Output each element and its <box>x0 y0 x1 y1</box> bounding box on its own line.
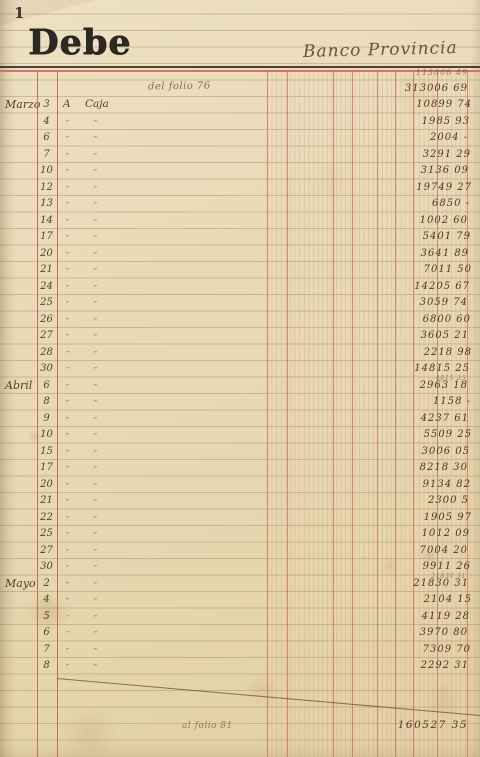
day-number: 8 <box>37 393 56 410</box>
amount-value: 1985 93 <box>422 113 470 130</box>
month-label: Mayo <box>5 575 36 592</box>
day-number: 15 <box>37 443 56 460</box>
day-number: 8 <box>37 657 56 674</box>
entry-row: 17″″8218 30 <box>0 459 480 476</box>
amount-value: 2292 31 <box>421 657 469 674</box>
day-number: 5 <box>37 608 56 625</box>
entry-row: 21″″7011 50 <box>0 261 480 278</box>
entry-row: 7″″7309 70 <box>0 641 480 658</box>
day-number: 7 <box>37 641 56 658</box>
entry-row: 26″″6800 60 <box>0 311 480 328</box>
entry-row: 12″″19749 27 <box>0 179 480 196</box>
entry-row: 8″″2292 31 <box>0 657 480 674</box>
day-number: 14 <box>37 212 56 229</box>
entry-row: 28″″2218 98 <box>0 344 480 361</box>
entry-row: 20″″9134 82 <box>0 476 480 493</box>
amount-value: 3291 29 <box>423 146 471 163</box>
amount-value: 4237 61 <box>421 410 469 427</box>
amount-value: 2004 - <box>430 129 468 146</box>
entry-row: Mayo2″″21830 31 <box>0 575 480 592</box>
entry-row: 25″″3059 74 <box>0 294 480 311</box>
entry-row: 7″″3291 29 <box>0 146 480 163</box>
entry-row: 17″″5401 79 <box>0 228 480 245</box>
amount-value: 3605 21 <box>421 327 469 344</box>
total-amount: 160527 35 <box>398 719 468 731</box>
amount-value: 10899 74 <box>416 96 472 113</box>
day-number: 3 <box>37 96 56 113</box>
day-number: 17 <box>37 459 56 476</box>
day-number: 25 <box>37 294 56 311</box>
day-number: 26 <box>37 311 56 328</box>
entry-row: 9″″4237 61 <box>0 410 480 427</box>
entry-row: 20″″3641 89 <box>0 245 480 262</box>
entry-row: Abril6″″2963 18 <box>0 377 480 394</box>
opening-balance-row: 313006 69 <box>0 80 480 97</box>
void-diagonal-line <box>57 678 480 716</box>
day-number: 30 <box>37 360 56 377</box>
ledger-page: 1 Debe Banco Provincia 113006 49 313006 … <box>0 0 480 757</box>
entry-row: 30″″9911 2621830 31 <box>0 558 480 575</box>
amount-value: 2104 15 <box>424 591 472 608</box>
entry-row: 4″″1985 93 <box>0 113 480 130</box>
month-label: Marzo <box>5 96 41 113</box>
folio-note-bottom: al folio 81 <box>182 721 233 731</box>
amount-value: 1158 - <box>433 393 471 410</box>
entry-row: 15″″3006 05 <box>0 443 480 460</box>
amount-value: 113006 49 <box>416 64 468 81</box>
amount-value: 2218 98 <box>424 344 472 361</box>
day-number: 2 <box>37 575 56 592</box>
entry-row: 21″″2300 5 <box>0 492 480 509</box>
amount-value: 3641 89 <box>421 245 469 262</box>
entry-row: 13″″6850 - <box>0 195 480 212</box>
amount-value: 21830 31 <box>413 575 469 592</box>
amount-value: 1002 60 <box>420 212 468 229</box>
amount-value: 14205 67 <box>414 278 470 295</box>
amount-value: 1012 09 <box>422 525 470 542</box>
day-number: 12 <box>37 179 56 196</box>
entry-row: 10″″5509 25 <box>0 426 480 443</box>
ditto-mark: ″ <box>66 659 69 676</box>
day-number: 9 <box>37 410 56 427</box>
day-number: 4 <box>37 113 56 130</box>
entry-description: A <box>63 96 71 113</box>
amount-value: 7011 50 <box>424 261 472 278</box>
day-number: 4 <box>37 591 56 608</box>
day-number: 10 <box>37 426 56 443</box>
day-number: 21 <box>37 261 56 278</box>
debit-heading: Debe <box>28 22 131 63</box>
day-number: 24 <box>37 278 56 295</box>
amount-value: 9134 82 <box>423 476 471 493</box>
amount-value: 3059 74 <box>420 294 468 311</box>
amount-value: 4119 28 <box>422 608 470 625</box>
day-number: 22 <box>37 509 56 526</box>
day-number: 28 <box>37 344 56 361</box>
entry-row: 22″″1905 97 <box>0 509 480 526</box>
day-number: 10 <box>37 162 56 179</box>
amount-value: 3136 09 <box>421 162 469 179</box>
amount-value: 19749 27 <box>416 179 472 196</box>
day-number: 30 <box>37 558 56 575</box>
day-number: 13 <box>37 195 56 212</box>
amount-value: 1905 97 <box>424 509 472 526</box>
entry-row: 8″″1158 - <box>0 393 480 410</box>
amount-value: 2963 18 <box>420 377 468 394</box>
amount-value: 5509 25 <box>424 426 472 443</box>
day-number: 7 <box>37 146 56 163</box>
entry-row: 14″″1002 60 <box>0 212 480 229</box>
entry-row: 24″″14205 67 <box>0 278 480 295</box>
day-number: 6 <box>37 129 56 146</box>
entry-row: 5″″4119 28 <box>0 608 480 625</box>
entry-row: 10″″3136 09 <box>0 162 480 179</box>
entry-description: Caja <box>85 96 109 113</box>
entry-row: 6″″2004 - <box>0 129 480 146</box>
day-number: 6 <box>37 624 56 641</box>
amount-value: 2300 5 <box>428 492 469 509</box>
amount-value: 6800 60 <box>423 311 471 328</box>
amount-value: 3006 05 <box>422 443 470 460</box>
entry-row: 27″″7004 20 <box>0 542 480 559</box>
amount-value: 313006 69 <box>405 80 468 97</box>
account-title: Banco Provincia <box>303 38 458 62</box>
day-number: 20 <box>37 245 56 262</box>
entry-row: 6″″3970 80 <box>0 624 480 641</box>
entry-row: 27″″3605 21 <box>0 327 480 344</box>
entry-row: 4″″2104 15 <box>0 591 480 608</box>
entry-row: 25″″1012 09 <box>0 525 480 542</box>
amount-value: 8218 30 <box>420 459 468 476</box>
entry-row: Marzo3ACaja10899 74 <box>0 96 480 113</box>
day-number: 21 <box>37 492 56 509</box>
entry-row: 30″″14815 254815 25 <box>0 360 480 377</box>
amount-value: 3970 80 <box>420 624 468 641</box>
day-number: 20 <box>37 476 56 493</box>
day-number: 6 <box>37 377 56 394</box>
amount-value: 7309 70 <box>423 641 471 658</box>
month-label: Abril <box>5 377 32 394</box>
amount-value: 6850 - <box>432 195 470 212</box>
day-number: 27 <box>37 327 56 344</box>
folio-note-top: del folio 76 <box>148 80 211 92</box>
opening-balance-row: 113006 49 <box>0 64 480 81</box>
amount-value: 5401 79 <box>423 228 471 245</box>
amount-value: 7004 20 <box>420 542 468 559</box>
day-number: 27 <box>37 542 56 559</box>
day-number: 25 <box>37 525 56 542</box>
day-number: 17 <box>37 228 56 245</box>
ditto-mark: ″ <box>94 659 97 676</box>
page-number: 1 <box>14 4 24 22</box>
